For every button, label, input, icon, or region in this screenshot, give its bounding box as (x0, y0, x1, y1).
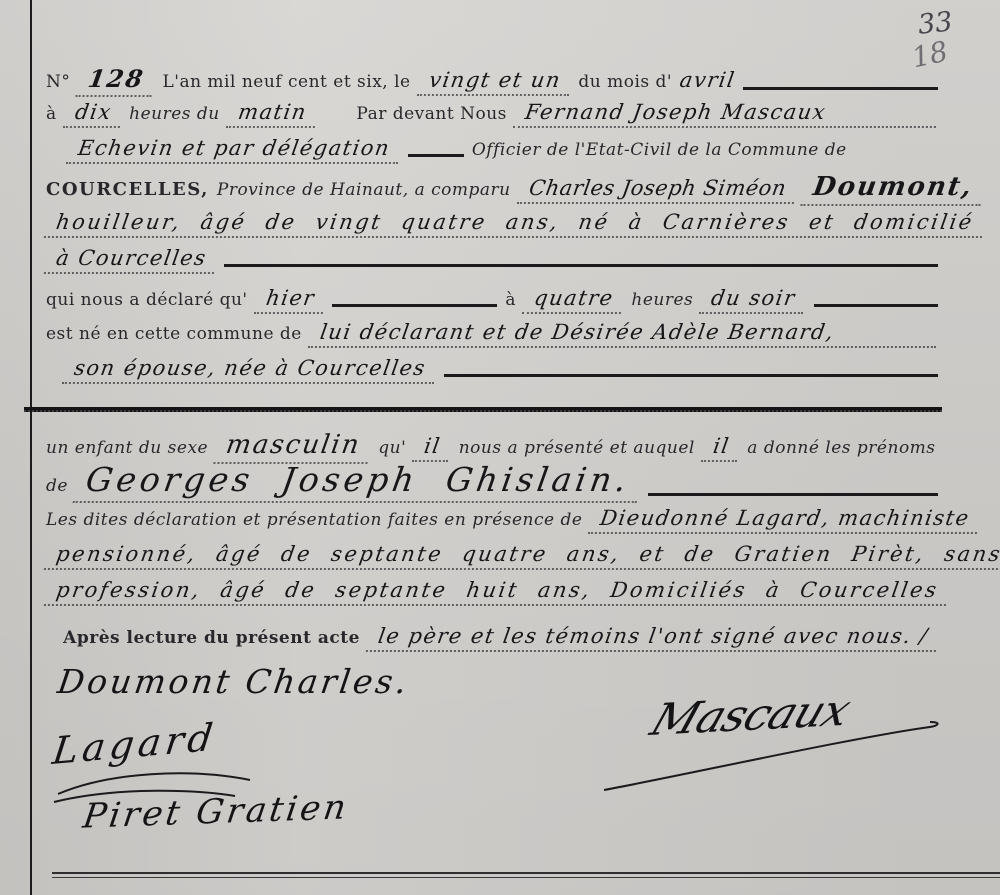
bottom-rule (52, 872, 1000, 878)
line2-printed-1: à (46, 104, 57, 124)
line4-printed-2: Province de Hainaut, a comparu (217, 180, 511, 200)
act-line-8: est né en cette commune de lui déclarant… (46, 320, 938, 348)
act-line-6: à Courcelles (46, 246, 938, 274)
child-sex-handwritten: masculin (213, 430, 373, 464)
line10-printed-2: qu' (378, 438, 406, 458)
birth-day-handwritten: vingt et un (416, 68, 572, 96)
pronoun1-handwritten: il (412, 434, 453, 462)
act-line-14: profession, âgé de septante huit ans, Do… (46, 578, 938, 606)
declarant-residence-handwritten: à Courcelles (44, 246, 219, 274)
register-page: 33 18 N° 128 L'an mil neuf cent et six, … (0, 0, 1000, 895)
act-line-4: COURCELLES, Province de Hainaut, a compa… (46, 172, 938, 206)
line2-printed-2: heures du (129, 104, 220, 124)
act-line-11: de Georges Joseph Ghislain. (46, 460, 938, 503)
act-line-2: à dix heures du matin Par devant Nous Fe… (46, 100, 938, 128)
hour-handwritten: dix (62, 100, 123, 128)
signature-piret-gratien: Piret Gratien (80, 787, 351, 836)
signature-lagard: Lagard (50, 715, 219, 773)
line15-printed-1: Après lecture du présent acte (63, 628, 360, 648)
line7-printed-1: qui nous a déclaré qu' (46, 290, 248, 310)
act-line-7: qui nous a déclaré qu' hier à quatre heu… (46, 286, 938, 314)
fill-line (444, 374, 938, 377)
fill-line (224, 264, 938, 267)
birth-hour-handwritten: quatre (522, 286, 626, 314)
commune-name-printed: COURCELLES, (46, 179, 209, 200)
parents-handwritten: lui déclarant et de Désirée Adèle Bernar… (308, 320, 941, 348)
line1-printed-1: L'an mil neuf cent et six, le (162, 72, 410, 92)
witnesses-residence-handwritten: profession, âgé de septante huit ans, Do… (44, 578, 951, 606)
fill-line (648, 493, 938, 496)
act-line-1: N° 128 L'an mil neuf cent et six, le vin… (46, 64, 938, 97)
officer-name-handwritten: Fernand Joseph Mascaux (513, 100, 941, 128)
line8-printed-1: est né en cette commune de (46, 324, 302, 344)
birth-date-relative-handwritten: hier (253, 286, 326, 314)
act-line-10: un enfant du sexe masculin qu' il nous a… (46, 430, 938, 464)
closing-formula-handwritten: le père et les témoins l'ont signé avec … (366, 624, 941, 652)
line11-printed-1: de (46, 476, 68, 496)
witness2-handwritten: pensionné, âgé de septante quatre ans, e… (44, 542, 1000, 570)
line7-printed-3: heures (631, 290, 693, 310)
line12-printed-1: Les dites déclaration et présentation fa… (46, 510, 582, 530)
act-number-value: 128 (76, 64, 157, 97)
child-names-handwritten: Georges Joseph Ghislain. (73, 460, 643, 503)
officer-signature-flourish (600, 700, 950, 795)
act-line-5: houilleur, âgé de vingt quatre ans, né à… (46, 210, 938, 238)
line3-printed-1: Officier de l'Etat-Civil de la Commune d… (472, 140, 847, 160)
line10-printed-4: a donné les prénoms (747, 438, 935, 458)
declarant-details-handwritten: houilleur, âgé de vingt quatre ans, né à… (44, 210, 986, 238)
line2-printed-3: Par devant Nous (356, 104, 507, 124)
fill-line (743, 87, 938, 90)
officer-title-handwritten: Echevin et par délégation (66, 136, 402, 164)
fill-line (814, 304, 938, 307)
time-of-day-handwritten: matin (226, 100, 319, 128)
left-margin-rule (30, 0, 32, 895)
line1-printed-2: du mois d' (578, 72, 672, 92)
pronoun2-handwritten: il (701, 434, 742, 462)
fill-line (332, 304, 497, 307)
line10-printed-3: nous a présenté et auquel (459, 438, 695, 458)
line10-printed-1: un enfant du sexe (46, 438, 208, 458)
act-number-label: N° (46, 72, 70, 92)
section-divider-rule (24, 407, 942, 412)
witness1-handwritten: Dieudonné Lagard, machiniste (588, 506, 982, 534)
mother-details-handwritten: son épouse, née à Courcelles (62, 356, 438, 384)
fill-line (408, 154, 464, 157)
birth-month-handwritten: avril (678, 68, 737, 92)
declarant-surname-handwritten: Doumont, (801, 172, 986, 206)
signature-doumont-charles: Doumont Charles. (55, 662, 412, 701)
act-line-3: Echevin et par délégation Officier de l'… (46, 136, 938, 164)
act-line-13: pensionné, âgé de septante quatre ans, e… (46, 542, 938, 570)
birth-time-of-day-handwritten: du soir (699, 286, 808, 314)
act-line-15: Après lecture du présent acte le père et… (46, 624, 938, 652)
declarant-name-handwritten: Charles Joseph Siméon (516, 176, 797, 204)
act-line-12: Les dites déclaration et présentation fa… (46, 506, 938, 534)
act-line-9: son épouse, née à Courcelles (46, 356, 938, 384)
line7-printed-2: à (505, 290, 516, 310)
